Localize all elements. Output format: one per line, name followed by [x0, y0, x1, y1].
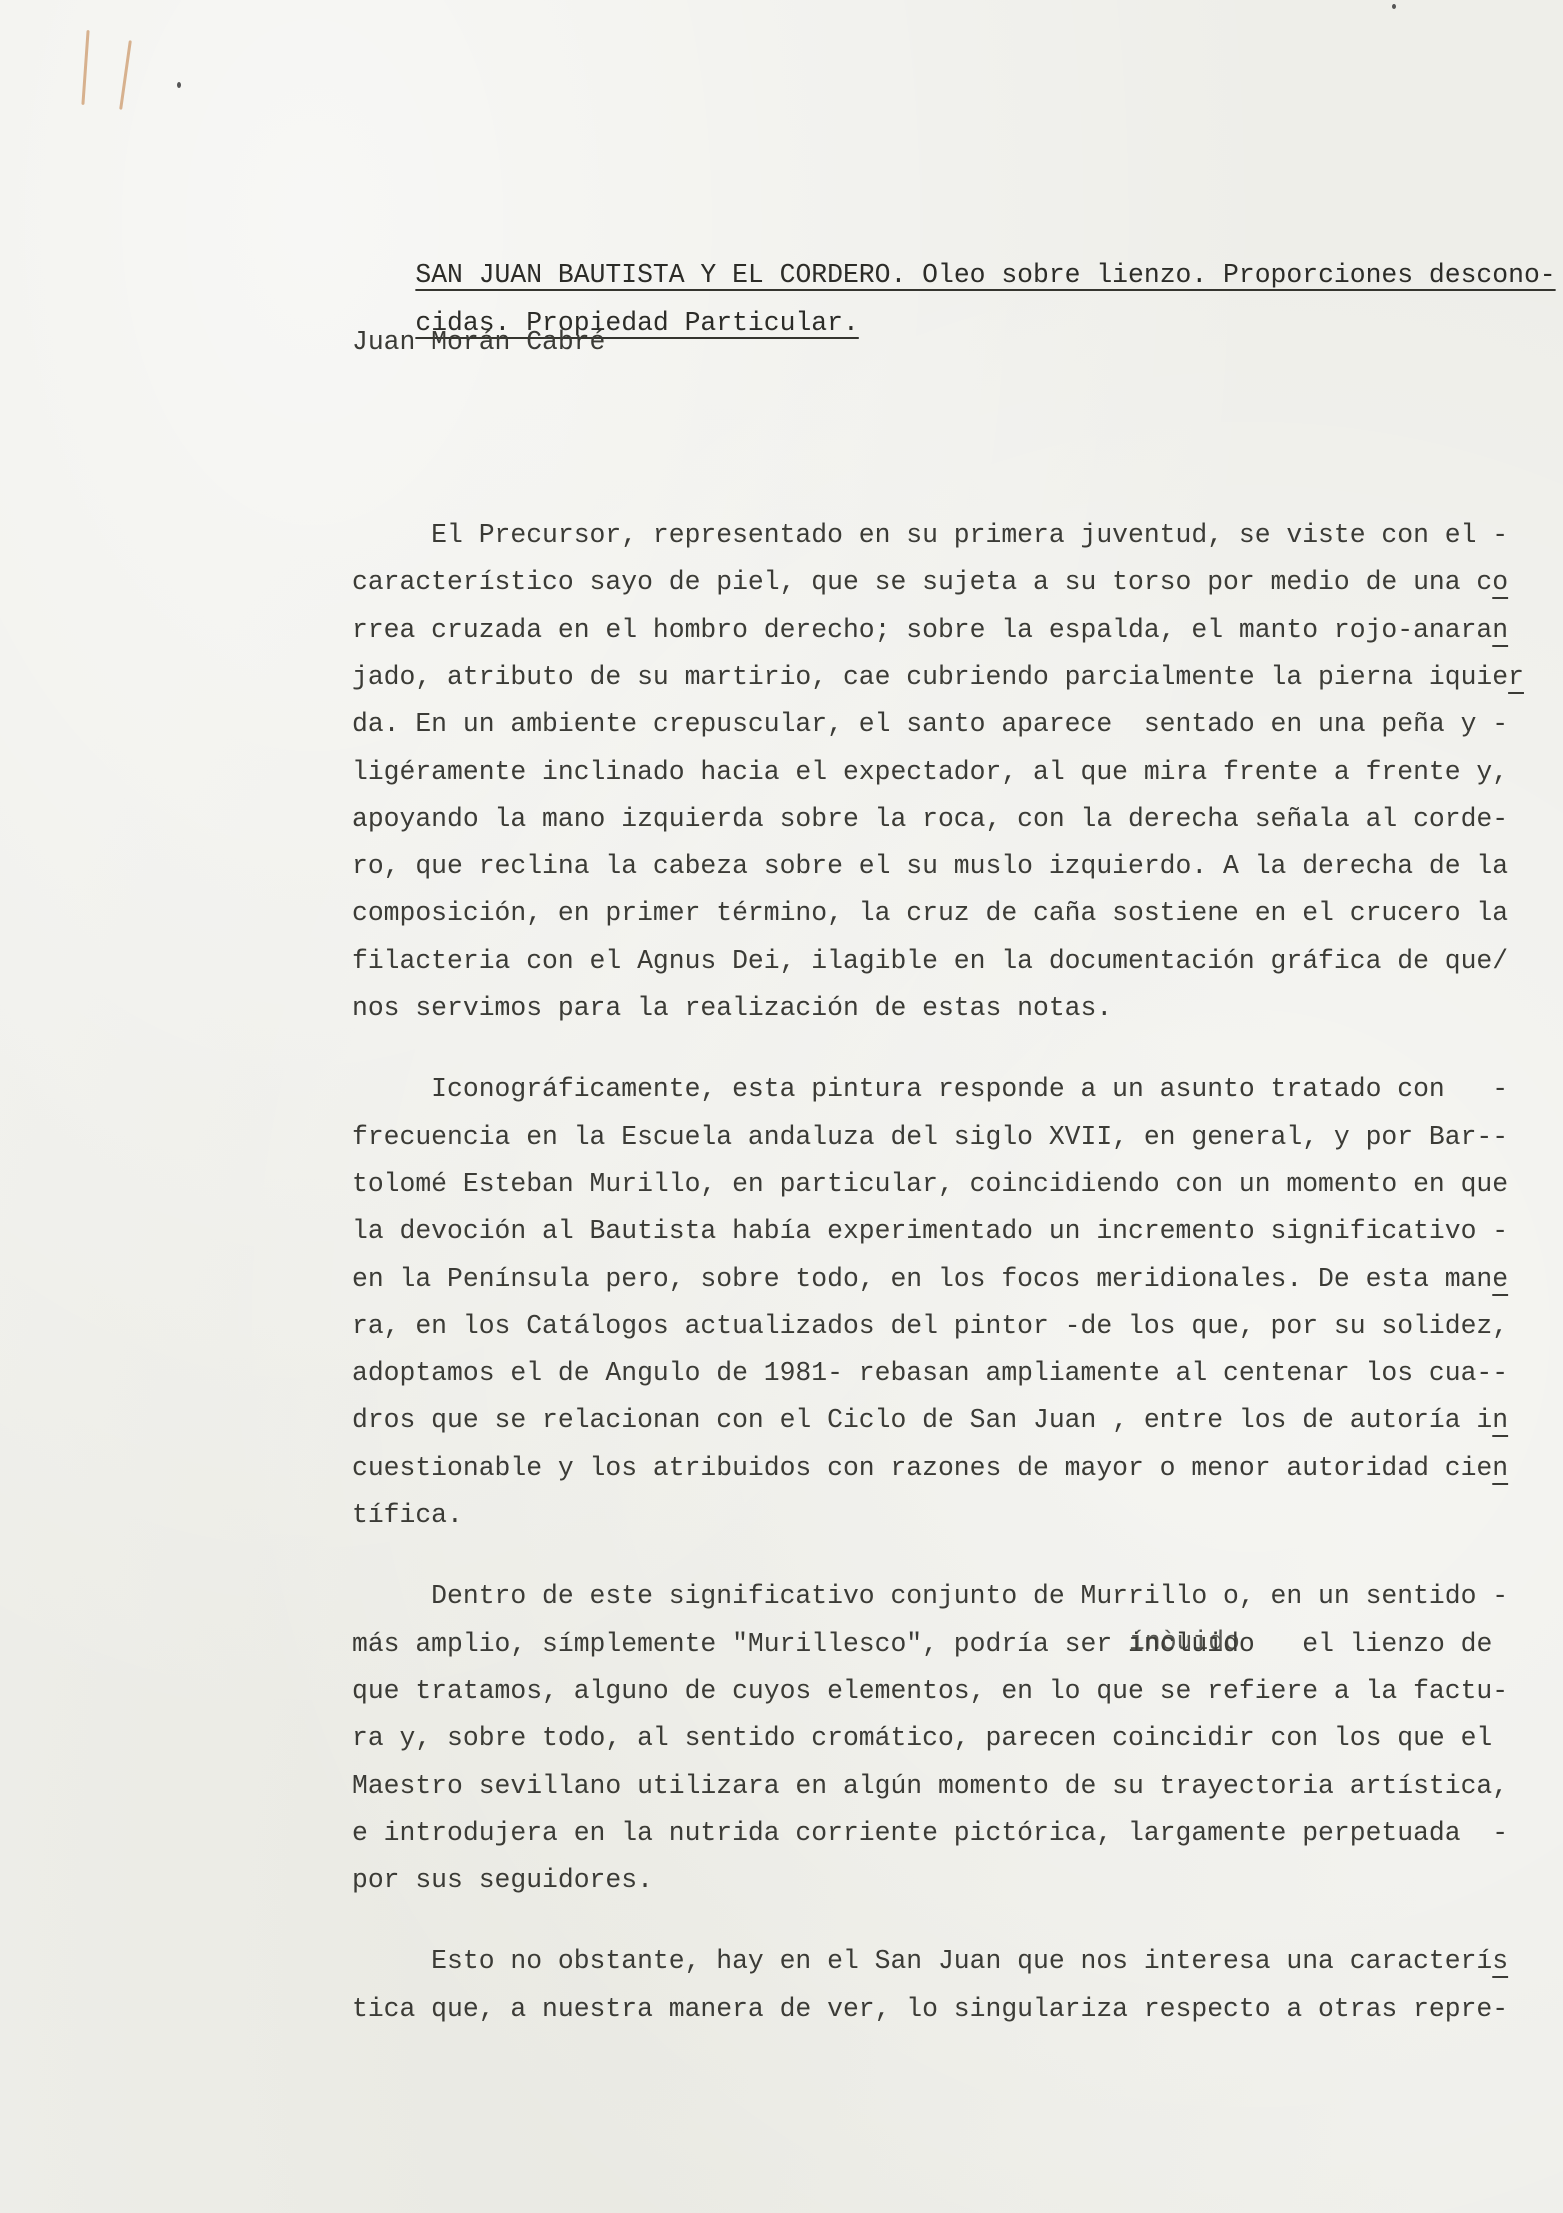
word-break-underscore-char: s	[1492, 1946, 1508, 1976]
line-text: por sus seguidores.	[352, 1865, 653, 1895]
word-break-underscore-char: n	[1492, 615, 1508, 645]
text-line: El Precursor, representado en su primera…	[352, 520, 1508, 550]
line-text-continued: el lienzo de	[1255, 1629, 1493, 1659]
line-text: frecuencia en la Escuela andaluza del si…	[352, 1122, 1508, 1152]
line-text: que tratamos, alguno de cuyos elementos,…	[352, 1676, 1508, 1706]
text-line: apoyando la mano izquierda sobre la roca…	[352, 804, 1508, 834]
text-line: frecuencia en la Escuela andaluza del si…	[352, 1122, 1508, 1152]
line-text: cuestionable y los atribuidos con razone…	[352, 1453, 1492, 1483]
paper-speck	[1392, 4, 1396, 9]
line-text: ra, en los Catálogos actualizados del pi…	[352, 1311, 1508, 1341]
rust-stain-mark	[119, 40, 132, 110]
word-break-underscore-char: o	[1492, 567, 1508, 597]
line-text: característico sayo de piel, que se suje…	[352, 567, 1492, 597]
line-text: El Precursor, representado en su primera…	[352, 520, 1508, 550]
text-line: ro, que reclina la cabeza sobre el su mu…	[352, 851, 1508, 881]
line-text: en la Península pero, sobre todo, en los…	[352, 1264, 1492, 1294]
paper-speck	[177, 82, 181, 88]
text-line: nos servimos para la realización de esta…	[352, 993, 1112, 1023]
text-line: Dentro de este significativo conjunto de…	[352, 1581, 1508, 1611]
text-line: e introdujera en la nutrida corriente pi…	[352, 1818, 1508, 1848]
word-break-underscore-char: r	[1508, 662, 1524, 692]
text-line: da. En un ambiente crepuscular, el santo…	[352, 709, 1508, 739]
text-line: rrea cruzada en el hombro derecho; sobre…	[352, 615, 1508, 645]
text-line: jado, atributo de su martirio, cae cubri…	[352, 662, 1524, 692]
line-text: rrea cruzada en el hombro derecho; sobre…	[352, 615, 1492, 645]
text-line: tolomé Esteban Murillo, en particular, c…	[352, 1169, 1508, 1199]
line-text: Maestro sevillano utilizara en algún mom…	[352, 1771, 1508, 1801]
line-text: Iconográficamente, esta pintura responde…	[352, 1074, 1508, 1104]
text-line: la devoción al Bautista había experiment…	[352, 1216, 1508, 1246]
line-text: Dentro de este significativo conjunto de…	[352, 1581, 1508, 1611]
line-text: Esto no obstante, hay en el San Juan que…	[352, 1946, 1492, 1976]
line-text: e introdujera en la nutrida corriente pi…	[352, 1818, 1508, 1848]
word-break-underscore-char: e	[1492, 1264, 1508, 1294]
text-line: cuestionable y los atribuidos con razone…	[352, 1453, 1508, 1483]
text-line: Iconográficamente, esta pintura responde…	[352, 1074, 1508, 1104]
line-text: tolomé Esteban Murillo, en particular, c…	[352, 1169, 1508, 1199]
line-text: da. En un ambiente crepuscular, el santo…	[352, 709, 1508, 739]
text-line: adoptamos el de Angulo de 1981- rebasan …	[352, 1358, 1508, 1388]
text-line: filacteria con el Agnus Dei, ilagible en…	[352, 946, 1508, 976]
text-line: Maestro sevillano utilizara en algún mom…	[352, 1771, 1508, 1801]
line-text: la devoción al Bautista había experiment…	[352, 1216, 1508, 1246]
text-line: más amplio, símplemente "Murillesco", po…	[352, 1629, 1492, 1659]
text-line: tífica.	[352, 1500, 463, 1530]
text-line: ligéramente inclinado hacia el expectado…	[352, 757, 1508, 787]
text-line: en la Península pero, sobre todo, en los…	[352, 1264, 1508, 1294]
text-line: ra y, sobre todo, al sentido cromático, …	[352, 1723, 1492, 1753]
text-line: que tratamos, alguno de cuyos elementos,…	[352, 1676, 1508, 1706]
line-text: nos servimos para la realización de esta…	[352, 993, 1112, 1023]
line-text: jado, atributo de su martirio, cae cubri…	[352, 662, 1508, 692]
overtyped-word: incluidoínòuido	[1128, 1629, 1255, 1659]
line-text: más amplio, símplemente "Murillesco", po…	[352, 1629, 1128, 1659]
word-break-underscore-char: n	[1492, 1453, 1508, 1483]
line-text: ro, que reclina la cabeza sobre el su mu…	[352, 851, 1508, 881]
line-text: adoptamos el de Angulo de 1981- rebasan …	[352, 1358, 1508, 1388]
author-name: Juan Morán Cabré	[352, 327, 605, 357]
text-line: característico sayo de piel, que se suje…	[352, 567, 1508, 597]
line-text: tica que, a nuestra manera de ver, lo si…	[352, 1994, 1508, 2024]
line-text: ra y, sobre todo, al sentido cromático, …	[352, 1723, 1492, 1753]
text-line: tica que, a nuestra manera de ver, lo si…	[352, 1994, 1508, 2024]
word-break-underscore-char: n	[1492, 1405, 1508, 1435]
line-text: apoyando la mano izquierda sobre la roca…	[352, 804, 1508, 834]
typewritten-page: SAN JUAN BAUTISTA Y EL CORDERO. Oleo sob…	[0, 0, 1563, 2213]
line-text: filacteria con el Agnus Dei, ilagible en…	[352, 946, 1508, 976]
line-text: dros que se relacionan con el Ciclo de S…	[352, 1405, 1492, 1435]
text-line: por sus seguidores.	[352, 1865, 653, 1895]
text-line: composición, en primer término, la cruz …	[352, 898, 1508, 928]
line-text: composición, en primer término, la cruz …	[352, 898, 1508, 928]
line-text: tífica.	[352, 1500, 463, 1530]
text-line: ra, en los Catálogos actualizados del pi…	[352, 1311, 1508, 1341]
rust-stain-mark	[81, 30, 89, 105]
text-line: Esto no obstante, hay en el San Juan que…	[352, 1946, 1508, 1976]
line-text: ligéramente inclinado hacia el expectado…	[352, 757, 1508, 787]
text-line: dros que se relacionan con el Ciclo de S…	[352, 1405, 1508, 1435]
